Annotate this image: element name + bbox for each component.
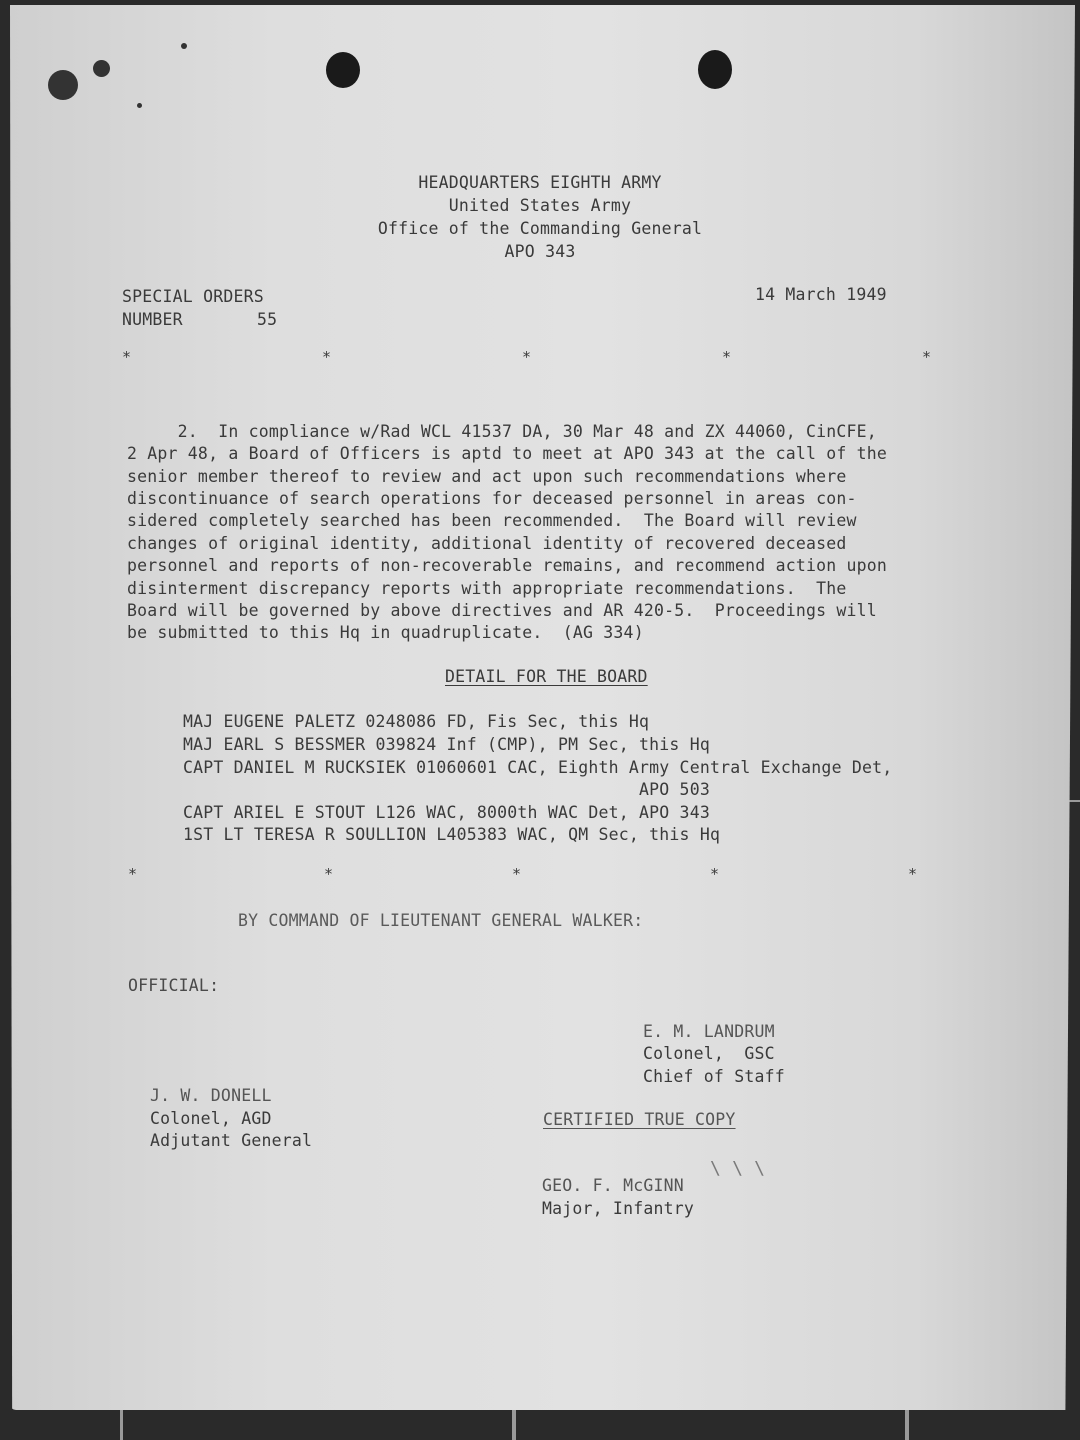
certifier-rank: Major, Infantry: [542, 1198, 694, 1221]
paragraph-line: changes of original identity, additional…: [127, 533, 847, 556]
adjutant-title: Adjutant General: [150, 1130, 312, 1153]
separator-star: *: [512, 865, 521, 883]
paragraph-line: Board will be governed by above directiv…: [127, 600, 877, 623]
separator-star: *: [322, 348, 331, 366]
board-member-continuation: APO 503: [183, 779, 710, 802]
paragraph-line: disinterment discrepancy reports with ap…: [127, 578, 847, 601]
certifier-name: GEO. F. McGINN: [542, 1175, 684, 1198]
detail-heading: DETAIL FOR THE BOARD: [445, 666, 648, 689]
paragraph-line: personnel and reports of non-recoverable…: [127, 555, 887, 578]
board-member: CAPT DANIEL M RUCKSIEK 01060601 CAC, Eig…: [183, 757, 892, 780]
ink-blot: [48, 70, 78, 100]
special-orders-label: SPECIAL ORDERS: [122, 286, 264, 309]
header-hq: HEADQUARTERS EIGHTH ARMY: [340, 172, 740, 195]
ink-speck: [137, 103, 142, 108]
separator-star: *: [122, 348, 131, 366]
ink-speck: [181, 43, 187, 49]
board-member: CAPT ARIEL E STOUT L126 WAC, 8000th WAC …: [183, 802, 710, 825]
adjutant-rank: Colonel, AGD: [150, 1108, 272, 1131]
signature-marks: \ \ \: [710, 1158, 765, 1181]
header-army: United States Army: [340, 195, 740, 218]
floor-tile-seam: [512, 1405, 516, 1440]
separator-star: *: [324, 865, 333, 883]
header-office: Office of the Commanding General: [300, 218, 780, 241]
separator-star: *: [722, 348, 731, 366]
official-label: OFFICIAL:: [128, 975, 219, 998]
chief-of-staff-name: E. M. LANDRUM: [643, 1021, 775, 1044]
command-line: BY COMMAND OF LIEUTENANT GENERAL WALKER:: [238, 910, 643, 933]
ink-blot: [93, 60, 110, 77]
certified-true-copy-label: CERTIFIED TRUE COPY: [543, 1109, 736, 1132]
separator-star: *: [922, 348, 931, 366]
order-date: 14 March 1949: [755, 284, 887, 307]
paragraph-line: 2 Apr 48, a Board of Officers is aptd to…: [127, 443, 887, 466]
punch-hole: [698, 50, 732, 89]
separator-star: *: [710, 865, 719, 883]
separator-star: *: [908, 865, 917, 883]
header-apo: APO 343: [340, 241, 740, 264]
chief-of-staff-title: Chief of Staff: [643, 1066, 785, 1089]
paragraph-line: be submitted to this Hq in quadruplicate…: [127, 622, 644, 645]
board-member: MAJ EARL S BESSMER 039824 Inf (CMP), PM …: [183, 734, 710, 757]
order-number: 55: [257, 309, 277, 332]
adjutant-name: J. W. DONELL: [150, 1085, 272, 1108]
floor-tile-seam: [120, 1405, 123, 1440]
separator-star: *: [128, 865, 137, 883]
paragraph-line: 2. In compliance w/Rad WCL 41537 DA, 30 …: [127, 421, 877, 444]
board-member: MAJ EUGENE PALETZ 0248086 FD, Fis Sec, t…: [183, 711, 649, 734]
number-label: NUMBER: [122, 309, 183, 332]
paragraph-line: discontinuance of search operations for …: [127, 488, 857, 511]
chief-of-staff-rank: Colonel, GSC: [643, 1043, 775, 1066]
floor-tile-seam: [905, 1410, 909, 1440]
separator-star: *: [522, 348, 531, 366]
board-member: 1ST LT TERESA R SOULLION L405383 WAC, QM…: [183, 824, 720, 847]
paragraph-line: sidered completely searched has been rec…: [127, 510, 857, 533]
punch-hole: [326, 52, 360, 88]
paragraph-line: senior member thereof to review and act …: [127, 466, 847, 489]
